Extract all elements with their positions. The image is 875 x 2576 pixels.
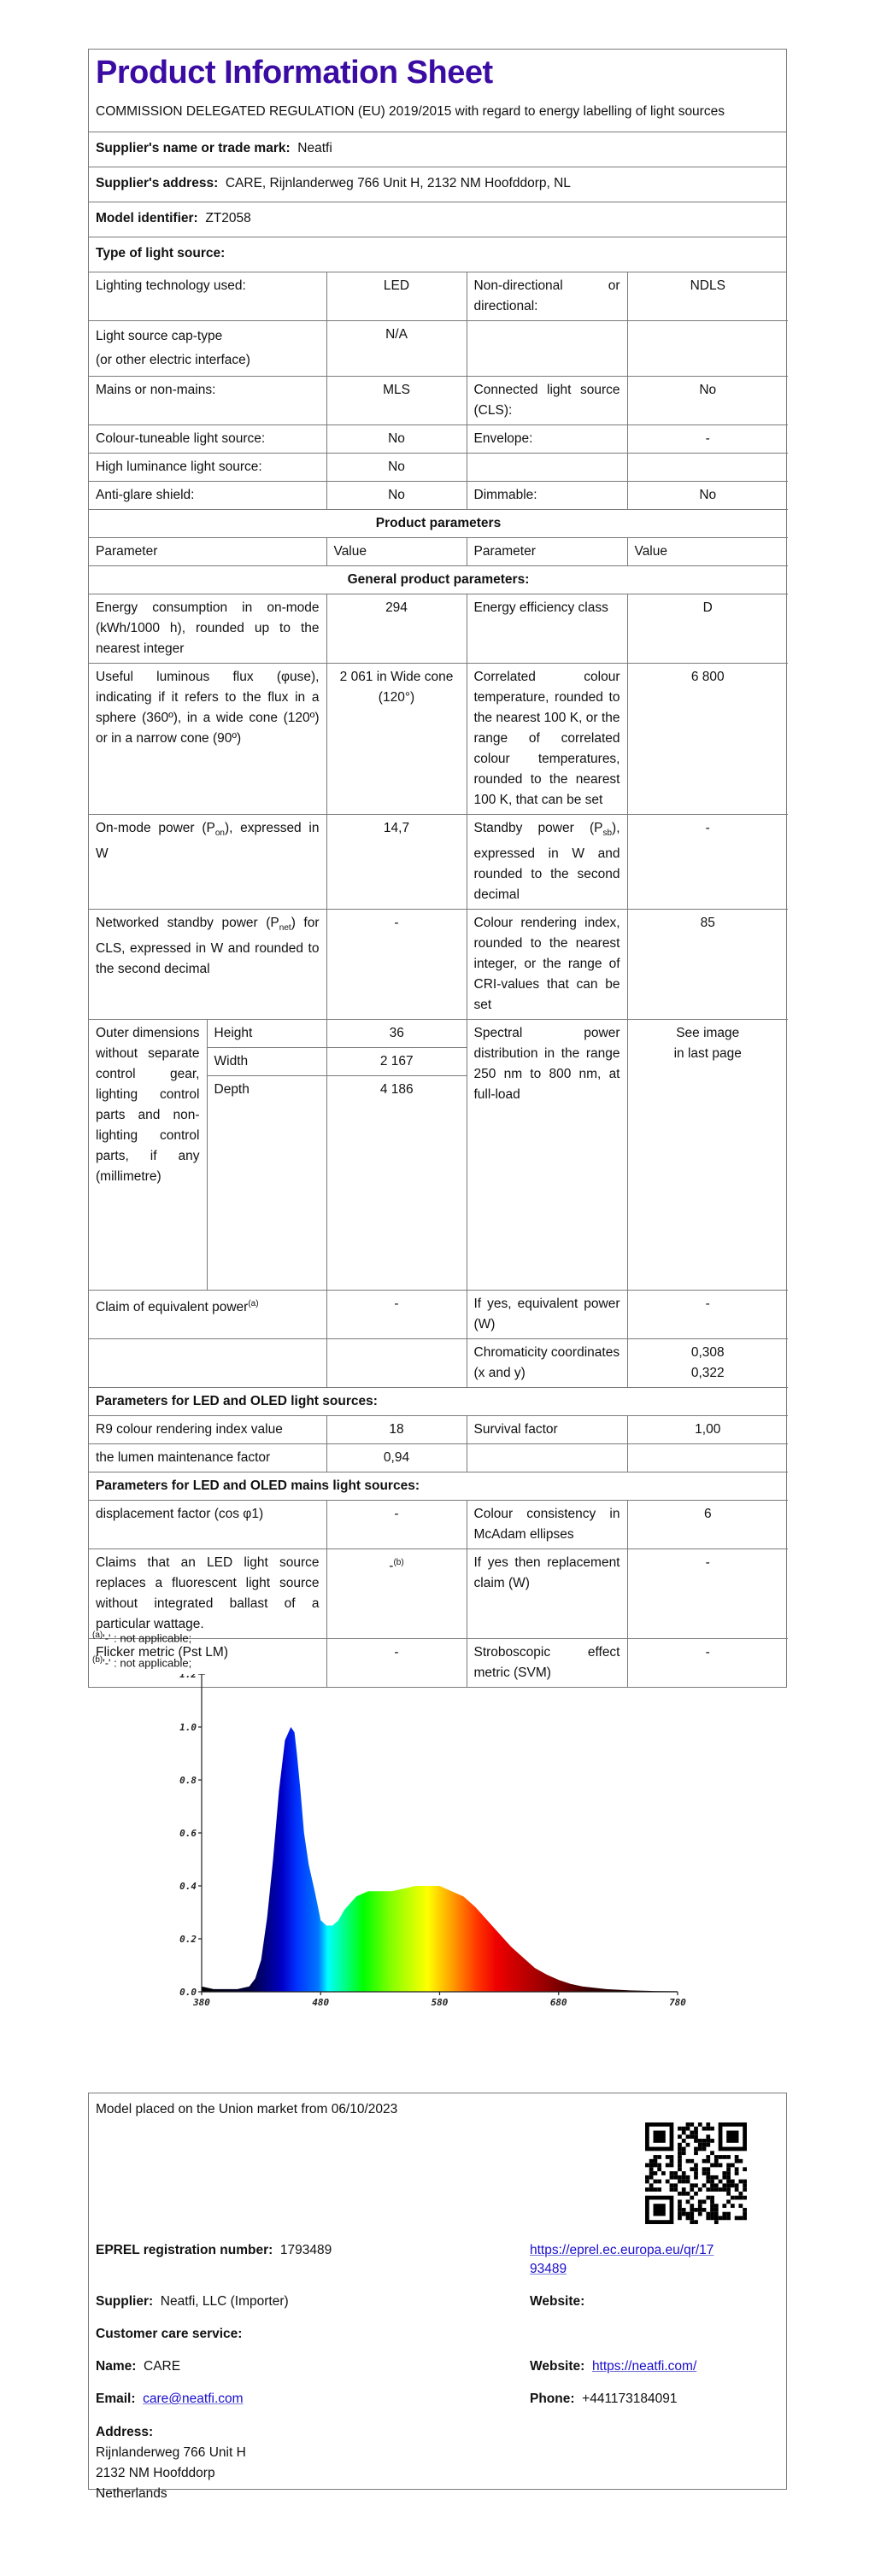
param-value: No — [627, 482, 788, 510]
supplier-address-row: Supplier's address: CARE, Rijnlanderweg … — [89, 167, 786, 202]
fluorescent-claim-value: -(b) — [326, 1549, 467, 1639]
cct-label: Correlated colour temperature, rounded t… — [467, 664, 627, 815]
param-value: NDLS — [627, 272, 788, 321]
param-value: MLS — [326, 377, 467, 425]
colour-consistency-value: 6 — [627, 1501, 788, 1549]
footnote-text: '-' : not applicable; — [103, 1631, 191, 1644]
label-part: Networked standby power (P — [96, 916, 279, 930]
parameters-table: Lighting technology used: LED Non-direct… — [89, 272, 788, 1687]
model-identifier-value: ZT2058 — [205, 211, 250, 225]
replacement-claim-label: If yes then replacement claim (W) — [467, 1549, 627, 1639]
website-label: Website: — [530, 2292, 584, 2311]
care-phone-value: +441173184091 — [582, 2392, 677, 2406]
customer-care-heading: Customer care service: — [96, 2325, 242, 2344]
supplier-name-value: Neatfi — [297, 141, 332, 155]
dimensions-table: Outer dimensions without separate contro… — [89, 1020, 467, 1290]
param-label: High luminance light source: — [89, 454, 326, 482]
supplier-row: Supplier: Neatfi, LLC (Importer) — [96, 2292, 289, 2311]
svg-text:1.2: 1.2 — [179, 1674, 197, 1680]
r9-label: R9 colour rendering index value — [89, 1416, 326, 1444]
lumen-maintenance-value: 0,94 — [326, 1444, 467, 1472]
spd-label: Spectral power distribution in the range… — [467, 1020, 627, 1291]
svg-text:1.0: 1.0 — [179, 1722, 197, 1733]
energy-class-label: Energy efficiency class — [467, 594, 627, 664]
care-email-row: Email: care@neatfi.com — [96, 2390, 244, 2409]
section-heading-row: Parameters for LED and OLED light source… — [89, 1388, 788, 1416]
param-value: N/A — [326, 321, 467, 377]
eprel-label: EPREL registration number: — [96, 2243, 273, 2257]
table-row: the lumen maintenance factor 0,94 — [89, 1444, 788, 1472]
qr-code-icon[interactable] — [645, 2122, 747, 2224]
equivalent-power-value: - — [627, 1291, 788, 1339]
dimension-depth-value: 4 186 — [326, 1076, 467, 1104]
svg-text:480: 480 — [312, 1997, 329, 2008]
section-heading-row: General product parameters: — [89, 566, 788, 594]
light-source-type-heading-text: Type of light source: — [96, 246, 225, 261]
svg-text:780: 780 — [669, 1997, 686, 2008]
care-name-row: Name: CARE — [96, 2357, 180, 2376]
label-part: On-mode power (P — [96, 821, 215, 835]
param-label: Connected light source (CLS): — [467, 377, 627, 425]
table-row: Outer dimensions without separate contro… — [89, 1020, 788, 1291]
param-label: Mains or non-mains: — [89, 377, 326, 425]
table-row: Energy consumption in on-mode (kWh/1000 … — [89, 594, 788, 664]
care-name-label: Name: — [96, 2359, 136, 2374]
footnote-text: '-' : not applicable; — [103, 1657, 191, 1670]
param-label: Colour-tuneable light source: — [89, 425, 326, 454]
table-row: Lighting technology used: LED Non-direct… — [89, 272, 788, 321]
dimension-height-label: Height — [207, 1020, 326, 1048]
eprel-link-line[interactable]: https://eprel.ec.europa.eu/qr/17 — [530, 2243, 714, 2257]
model-identifier-label: Model identifier: — [96, 211, 198, 225]
column-header: Value — [627, 538, 788, 566]
param-label: Envelope: — [467, 425, 627, 454]
dimension-width-label: Width — [207, 1048, 326, 1076]
label-part: Claim of equivalent power — [96, 1300, 248, 1314]
svg-text:680: 680 — [550, 1997, 567, 2008]
svg-text:380: 380 — [192, 1997, 210, 2008]
spd-value-line: See image — [676, 1026, 739, 1040]
dimension-height-value: 36 — [326, 1020, 467, 1048]
param-label: Lighting technology used: — [89, 272, 326, 321]
footnote: (b)'-' : not applicable; — [92, 1649, 191, 1674]
cri-label: Colour rendering index, rounded to the n… — [467, 910, 627, 1020]
chromaticity-label: Chromaticity coordinates (x and y) — [467, 1339, 627, 1388]
section-heading-row: Product parameters — [89, 510, 788, 538]
table-row: On-mode power (Pon), expressed in W 14,7… — [89, 815, 788, 910]
label-subscript: sb — [602, 828, 612, 838]
displacement-label: displacement factor (cos φ1) — [89, 1501, 326, 1549]
column-header: Parameter — [467, 538, 627, 566]
param-value: LED — [326, 272, 467, 321]
cri-value: 85 — [627, 910, 788, 1020]
light-source-type-heading: Type of light source: — [89, 237, 786, 272]
cap-type-label-sub: (or other electric interface) — [96, 353, 250, 367]
led-parameters-heading: Parameters for LED and OLED light source… — [89, 1388, 788, 1416]
general-parameters-heading: General product parameters: — [89, 566, 788, 594]
column-header: Value — [326, 538, 467, 566]
spd-value: See imagein last page — [627, 1020, 788, 1291]
address-line: Rijnlanderweg 766 Unit H — [96, 2445, 246, 2460]
param-value — [627, 321, 788, 377]
param-label — [467, 454, 627, 482]
table-row: Claim of equivalent power(a) - If yes, e… — [89, 1291, 788, 1339]
column-header-row: Parameter Value Parameter Value — [89, 538, 788, 566]
energy-consumption-label: Energy consumption in on-mode (kWh/1000 … — [89, 594, 326, 664]
svg-text:0.8: 0.8 — [179, 1775, 197, 1786]
table-row: Colour-tuneable light source: No Envelop… — [89, 425, 788, 454]
energy-consumption-value: 294 — [326, 594, 467, 664]
svg-text:580: 580 — [432, 1997, 449, 2008]
footnote-mark: (b) — [393, 1558, 403, 1567]
supplier-address-label: Supplier's address: — [96, 176, 218, 190]
dimension-width-value: 2 167 — [326, 1048, 467, 1076]
r9-value: 18 — [326, 1416, 467, 1444]
supplier-name-label: Supplier's name or trade mark: — [96, 141, 291, 155]
dimensions-cell: Outer dimensions without separate contro… — [89, 1020, 467, 1291]
table-row: Useful luminous flux (φuse), indicating … — [89, 664, 788, 815]
eprel-row: EPREL registration number: 1793489 — [96, 2241, 332, 2260]
eprel-link[interactable]: https://eprel.ec.europa.eu/qr/1793489 — [530, 2241, 714, 2279]
networked-standby-label: Networked standby power (Pnet) for CLS, … — [89, 910, 326, 1020]
care-phone-label: Phone: — [530, 2392, 575, 2406]
table-row: R9 colour rendering index value 18 Survi… — [89, 1416, 788, 1444]
lumen-maintenance-label: the lumen maintenance factor — [89, 1444, 326, 1472]
supplier-value: Neatfi, LLC (Importer) — [161, 2294, 289, 2309]
eprel-link-line[interactable]: 93489 — [530, 2262, 567, 2276]
colour-consistency-label: Colour consistency in McAdam ellipses — [467, 1501, 627, 1549]
displacement-value: - — [326, 1501, 467, 1549]
cct-value: 6 800 — [627, 664, 788, 815]
svg-text:0.4: 0.4 — [179, 1881, 197, 1892]
table-row: Chromaticity coordinates (x and y) 0,308… — [89, 1339, 788, 1388]
spectral-power-distribution-chart: 0.00.20.40.60.81.01.2380480580680780 — [162, 1674, 718, 2050]
empty-cell — [627, 1444, 788, 1472]
product-information-sheet: Product Information Sheet COMMISSION DEL… — [88, 49, 787, 1688]
care-website-row: Website: https://neatfi.com/ — [530, 2357, 696, 2376]
supplier-name-row: Supplier's name or trade mark: Neatfi — [89, 132, 786, 167]
chromaticity-value: 0,3080,322 — [627, 1339, 788, 1388]
equivalent-power-claim-label: Claim of equivalent power(a) — [89, 1291, 326, 1339]
param-value: No — [326, 482, 467, 510]
networked-standby-value: - — [326, 910, 467, 1020]
label-part: Standby power (P — [474, 821, 603, 835]
empty-cell — [467, 1444, 627, 1472]
svg-text:0.6: 0.6 — [179, 1828, 197, 1839]
dimensions-label: Outer dimensions without separate contro… — [89, 1020, 207, 1290]
dimension-depth-label: Depth — [207, 1076, 326, 1104]
label-subscript: on — [215, 828, 225, 838]
regulation-text: COMMISSION DELEGATED REGULATION (EU) 201… — [89, 96, 786, 132]
care-email-link[interactable]: care@neatfi.com — [143, 2392, 243, 2406]
replacement-claim-value: - — [627, 1549, 788, 1639]
table-row: Networked standby power (Pnet) for CLS, … — [89, 910, 788, 1020]
supplier-label: Supplier: — [96, 2294, 153, 2309]
param-label: Non-directional or directional: — [467, 272, 627, 321]
luminous-flux-label: Useful luminous flux (φuse), indicating … — [89, 664, 326, 815]
label-subscript: net — [279, 923, 291, 933]
supplier-address-value: CARE, Rijnlanderweg 766 Unit H, 2132 NM … — [226, 176, 571, 190]
survival-label: Survival factor — [467, 1416, 627, 1444]
customer-care-heading-text: Customer care service: — [96, 2327, 242, 2341]
chromaticity-x: 0,308 — [691, 1345, 725, 1360]
param-value: - — [627, 425, 788, 454]
on-mode-power-value: 14,7 — [326, 815, 467, 910]
survival-value: 1,00 — [627, 1416, 788, 1444]
cap-type-label: Light source cap-type — [96, 329, 222, 343]
table-row: Mains or non-mains: MLS Connected light … — [89, 377, 788, 425]
eprel-value: 1793489 — [280, 2243, 332, 2257]
product-parameters-heading: Product parameters — [89, 510, 788, 538]
care-address: Address: Rijnlanderweg 766 Unit H 2132 N… — [96, 2422, 246, 2504]
param-value — [627, 454, 788, 482]
param-label: Dimmable: — [467, 482, 627, 510]
equivalent-power-label: If yes, equivalent power (W) — [467, 1291, 627, 1339]
on-mode-power-label: On-mode power (Pon), expressed in W — [89, 815, 326, 910]
empty-cell — [89, 1339, 326, 1388]
address-line: Netherlands — [96, 2486, 167, 2501]
footnote-mark: (b) — [92, 1655, 103, 1665]
param-label — [467, 321, 627, 377]
param-value: No — [326, 454, 467, 482]
care-email-label: Email: — [96, 2392, 136, 2406]
spd-value-line: in last page — [674, 1046, 742, 1061]
supplier-info-box: Model placed on the Union market from 06… — [88, 2093, 787, 2490]
param-label: Light source cap-type(or other electric … — [89, 321, 326, 377]
care-website-link[interactable]: https://neatfi.com/ — [592, 2359, 696, 2374]
energy-class-value: D — [627, 594, 788, 664]
care-address-label: Address: — [96, 2425, 153, 2439]
model-identifier-row: Model identifier: ZT2058 — [89, 202, 786, 237]
footnote-mark: (a) — [92, 1630, 103, 1640]
led-mains-parameters-heading: Parameters for LED and OLED mains light … — [89, 1472, 788, 1501]
table-row: displacement factor (cos φ1) - Colour co… — [89, 1501, 788, 1549]
care-name-value: CARE — [144, 2359, 180, 2374]
address-line: 2132 NM Hoofddorp — [96, 2466, 215, 2480]
param-value: No — [326, 425, 467, 454]
param-value: No — [627, 377, 788, 425]
footnotes: (a)'-' : not applicable; (b)'-' : not ap… — [92, 1625, 191, 1675]
care-phone-row: Phone: +441173184091 — [530, 2390, 678, 2409]
standby-power-label: Standby power (Psb), expressed in W and … — [467, 815, 627, 910]
standby-power-value: - — [627, 815, 788, 910]
empty-cell — [326, 1339, 467, 1388]
care-website-label: Website: — [530, 2359, 584, 2374]
param-label: Anti-glare shield: — [89, 482, 326, 510]
svg-text:0.2: 0.2 — [179, 1934, 197, 1945]
section-heading-row: Parameters for LED and OLED mains light … — [89, 1472, 788, 1501]
equivalent-power-claim-value: - — [326, 1291, 467, 1339]
table-row: High luminance light source: No — [89, 454, 788, 482]
luminous-flux-value: 2 061 in Wide cone (120°) — [326, 664, 467, 815]
column-header: Parameter — [89, 538, 326, 566]
table-row: Light source cap-type(or other electric … — [89, 321, 788, 377]
table-row: Anti-glare shield: No Dimmable: No — [89, 482, 788, 510]
table-row: Claims that an LED light source replaces… — [89, 1549, 788, 1639]
market-date: Model placed on the Union market from 06… — [96, 2100, 397, 2119]
website-label-text: Website: — [530, 2294, 584, 2309]
page-title: Product Information Sheet — [89, 50, 786, 96]
footnote: (a)'-' : not applicable; — [92, 1625, 191, 1649]
chromaticity-y: 0,322 — [691, 1366, 725, 1380]
footnote-mark: (a) — [248, 1299, 258, 1308]
